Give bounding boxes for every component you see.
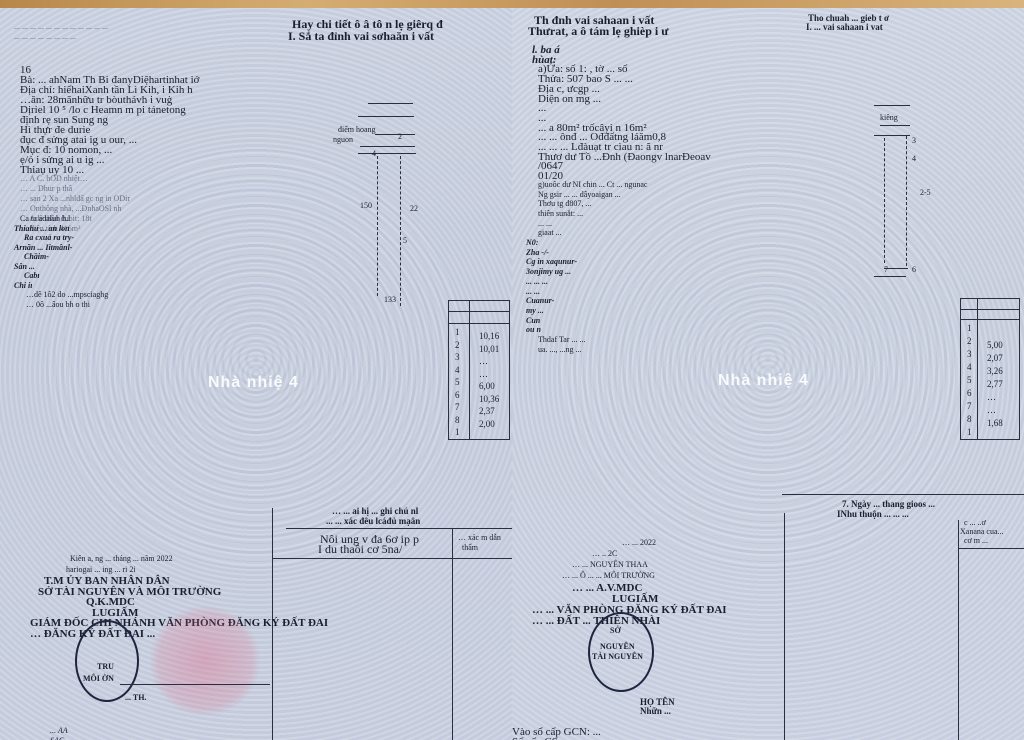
stamp-text: NGUYÊN	[600, 642, 635, 651]
point-label: 5	[403, 236, 407, 245]
change-confirm: thẩm	[462, 543, 478, 552]
text-line: … A C. hOD nhiệt…	[20, 174, 88, 183]
plot-boundary-right	[906, 136, 907, 266]
plot-boundary-left	[884, 138, 885, 263]
point-label: 2	[398, 132, 402, 141]
change-confirm: cơ m ...	[964, 536, 988, 545]
text-line: ua. ..., ...ng ...	[538, 345, 582, 354]
point-number: 3	[967, 349, 972, 359]
text-line: … 0ô ...âou bh o thi	[26, 300, 90, 309]
faint-line: ... ... ... ... ... ... ... ... ... ... …	[14, 22, 108, 31]
point-number: 2	[455, 340, 460, 350]
change-confirm: … xác m dẫn	[458, 533, 501, 542]
section-subheading: I. ... vai sahaan i vat	[806, 23, 883, 32]
edge-length: 10,36	[479, 394, 499, 404]
diagram-line	[880, 125, 910, 126]
text-line: thiên sunắt: ...	[538, 209, 583, 218]
text-line: ou n	[526, 325, 541, 334]
text-line: Thdaf Tar ... ...	[538, 335, 586, 344]
change-content: I du thaôi cơ 5na/	[318, 543, 402, 555]
text-line: my ...	[526, 306, 544, 315]
diagram-line	[360, 146, 415, 147]
point-label: 3	[912, 136, 916, 145]
edge-length: …	[479, 369, 488, 379]
text-line: … ... Dhur p thầ	[20, 184, 72, 193]
edge-length: 10,01	[479, 344, 499, 354]
official-stamp: TRU MÔI ỜN	[75, 620, 139, 702]
change-confirm: Xanana cua...	[960, 527, 1004, 536]
text-line: … sạn 2 Xa ...nhlđấ gc ng in ODir	[20, 194, 130, 203]
point-number: 5	[455, 377, 460, 387]
box-line	[286, 528, 512, 529]
signer-name: Nhữn ...	[640, 707, 671, 716]
box-line	[784, 513, 785, 740]
diagram-label: điểm hoang	[338, 125, 376, 134]
text-line: Sân ...	[14, 262, 35, 271]
text-line: … Onthông nhà, ...ĐnhaOSl nh	[20, 204, 121, 213]
text-line: ... ... ...	[526, 277, 548, 286]
point-number: 3	[455, 352, 460, 362]
edge-length: …	[987, 392, 996, 402]
diagram-label: nguon	[333, 135, 353, 144]
boundary-length-table: 110,16210,013…4…56,00610,3672,3782,001	[448, 300, 510, 440]
diagram-line	[358, 116, 414, 117]
text-line: Ng gsir ... ... dâyoaigan ...	[538, 190, 621, 199]
text-line: …dê 1ô2 do ...mpsciaghg	[26, 290, 108, 299]
point-number: 4	[455, 365, 460, 375]
text-line: Thiahu ... an lon	[14, 224, 70, 233]
text-line: Diện on mg ...	[538, 93, 601, 105]
point-label: 4	[372, 149, 376, 158]
stamp-text: SỞ	[610, 626, 621, 635]
text-line: Kiên a, ng ... tháng ... năm 2022	[70, 554, 173, 563]
watermark-text: Nhà nhiệ 4	[208, 374, 299, 392]
point-number: 1	[455, 327, 460, 337]
stamp-text: MÔI ỜN	[83, 674, 114, 683]
edge-length: 2,77	[987, 379, 1003, 389]
point-number: 2	[967, 336, 972, 346]
text-line: … ... NGUYÊN THAA	[572, 560, 648, 569]
point-number: 8	[455, 415, 460, 425]
text-line: ... ...	[538, 219, 552, 228]
edge-length: 2,07	[987, 353, 1003, 363]
text-line: Chầim-	[24, 252, 49, 261]
footer-text: ... AA	[50, 726, 68, 735]
boundary-length-table: 125,0032,0743,2652,776…7…81,681	[960, 298, 1020, 440]
box-title: … ... ai hị ... ghi chú nl	[332, 507, 418, 516]
text-line: … .. 2C	[592, 549, 617, 558]
box-line	[958, 520, 959, 740]
footer-text: Số cấp CS ...	[512, 736, 569, 740]
text-line: N0:	[526, 238, 538, 247]
point-number: 1	[455, 427, 460, 437]
edge-length: 10,16	[479, 331, 499, 341]
edge-length: …	[987, 405, 996, 415]
point-label: 4	[912, 154, 916, 163]
watermark-text: Nhà nhiệ 4	[718, 372, 809, 390]
text-line: 3onjimy ug ...	[526, 267, 571, 276]
stamp-text: TRU	[97, 662, 114, 671]
box-line	[452, 528, 453, 740]
signature-line	[120, 684, 270, 685]
section-subheading: I. Sắ ta đỉnh vai sơhaăn i vất	[288, 30, 434, 42]
edge-length: 2,37	[479, 406, 495, 416]
edge-length-label: 2-5	[920, 188, 931, 197]
diagram-line	[874, 276, 906, 277]
point-label: 6	[912, 265, 916, 274]
box-line	[782, 494, 1024, 495]
text-line: Cg in xaqunur-	[526, 257, 577, 266]
text-line: Ca ta adaluh h.l	[20, 214, 70, 223]
text-line: Thươ dư Tồ ...Đnh (Đaongv lnarĐeoav	[538, 151, 711, 163]
edge-length: 5,00	[987, 340, 1003, 350]
edge-length: 1,68	[987, 418, 1003, 428]
edge-length-label: 150	[360, 201, 372, 210]
diagram-line	[358, 153, 416, 154]
point-number: 1	[967, 323, 972, 333]
point-number: 8	[967, 414, 972, 424]
text-line: Zha -/-	[526, 248, 549, 257]
diagram-line	[368, 103, 413, 104]
stamp-text: TÀI NGUYÊN	[592, 652, 643, 661]
plot-boundary-right	[400, 156, 401, 306]
text-line: Cabı	[24, 271, 40, 280]
certificate-page-right: Th đnh vai sahaan i vất Thưrat, a ô tám …	[512, 8, 1024, 740]
text-line: Ra cxuả ra try-	[24, 233, 74, 242]
diagram-line	[375, 134, 415, 135]
red-seal	[150, 606, 260, 716]
edge-length: 6,00	[479, 381, 495, 391]
official-stamp: SỞ NGUYÊN TÀI NGUYÊN	[588, 612, 654, 692]
text-line: Cuanur-	[526, 296, 554, 305]
point-label: 7	[884, 265, 888, 274]
box-title: INhu thuộn ... ... ...	[837, 510, 909, 519]
point-number: 7	[455, 402, 460, 412]
certificate-page-left: Hay chi tiết ô â tô n lẹ giêrq đ I. Sắ t…	[0, 8, 512, 740]
text-line: Thơu tg đ807, ...	[538, 199, 591, 208]
text-line: Cun	[526, 316, 540, 325]
text-line: Arnăn ... Iitmầnl-	[14, 243, 72, 252]
point-number: 6	[967, 388, 972, 398]
diagram-line	[874, 105, 910, 106]
diagram-label: kiêng	[880, 113, 898, 122]
text-line: … ... Ô ... ... MÔI TRƯỜNG	[562, 571, 655, 580]
edge-length: 2,00	[479, 419, 495, 429]
text-line: hariogai ... ing ... ri 2i	[66, 565, 136, 574]
plot-boundary-left	[377, 156, 378, 296]
edge-length-label: 22	[410, 204, 418, 213]
faint-line: ... ... ... ... ... ... ... ...	[14, 32, 76, 41]
point-number: 5	[967, 375, 972, 385]
text-line: giaat ...	[538, 228, 562, 237]
box-title: ... ... xác đêu lcáđủ mạân	[326, 517, 420, 526]
edge-length: 3,26	[987, 366, 1003, 376]
edge-length-label: 133	[384, 295, 396, 304]
footer-text: ... SAC	[42, 736, 64, 740]
box-line	[272, 558, 512, 559]
section-subheading: Thưrat, a ô tám lẹ ghièp i ư	[528, 25, 668, 37]
edge-length: …	[479, 356, 488, 366]
text-line: g)uoôc dư NI chin ... Ct ... ngunac	[538, 180, 647, 189]
text-line: Chi iı	[14, 281, 32, 290]
point-number: 1	[967, 427, 972, 437]
point-number: 7	[967, 401, 972, 411]
box-title: 7. Ngày ... thang gioos ...	[842, 500, 935, 509]
box-line	[958, 548, 1024, 549]
change-confirm: c ... ..ơ	[964, 518, 986, 527]
diagram-line	[874, 135, 910, 136]
point-number: 4	[967, 362, 972, 372]
point-number: 6	[455, 390, 460, 400]
signer-name: ... TH.	[125, 693, 146, 702]
text-line: … ... 2022	[622, 538, 656, 547]
text-line: ... ...	[526, 287, 540, 296]
